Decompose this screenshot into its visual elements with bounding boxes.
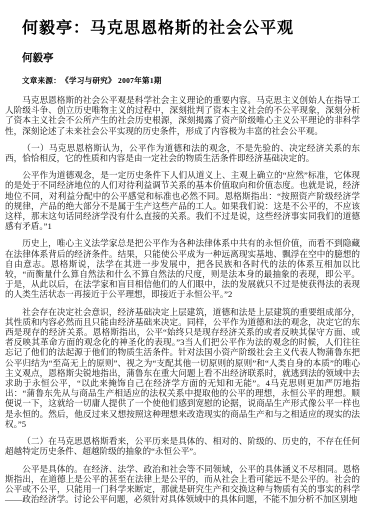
page-title: 何毅亭：马克思恩格斯的社会公平观 [22, 19, 347, 39]
paragraph: 历史上，唯心主义法学家总是把公平作为各种法律体系中共有的永恒价值，而看不到隐藏在… [5, 238, 360, 299]
document-page: 何毅亭：马克思恩格斯的社会公平观 何毅亭 文章来源：《学习与研究》 2007年第… [0, 0, 365, 516]
paragraph-intro: 马克思恩格斯的社会公平观是科学社会主义理论的重要内容。马克思主义创始人在指导工人… [5, 95, 360, 136]
source-label: 文章来源： [22, 76, 61, 85]
paragraph: 公平是具体的。在经济、法学、政治和社会等不同领域，公平的具体涵义不尽相同。恩格斯… [5, 464, 360, 505]
source-value: 《学习与研究》 2007年第1期 [65, 76, 162, 85]
author-name: 何毅亭 [22, 50, 365, 65]
source-line: 文章来源：《学习与研究》 2007年第1期 [22, 75, 365, 86]
article-body: 马克思恩格斯的社会公平观是科学社会主义理论的重要内容。马克思主义创始人在指导工人… [5, 95, 360, 504]
paragraph-section-1: （一）马克思恩格斯认为，公平作为道德和法的观念，不是先验的、决定经济关系的东西，… [5, 143, 360, 163]
paragraph-section-2: （二）在马克思恩格斯看来，公平历来是具体的、相对的、阶级的、历史的，不存在任何超… [5, 436, 360, 456]
paragraph: 社会存在决定社会意识，经济基础决定上层建筑，道德和法是上层建筑的重要组成部分，其… [5, 307, 360, 429]
paragraph: 公平作为道德观念，是一定历史条件下人们从道义上、主观上确立的“应然”标准，它体现… [5, 170, 360, 231]
